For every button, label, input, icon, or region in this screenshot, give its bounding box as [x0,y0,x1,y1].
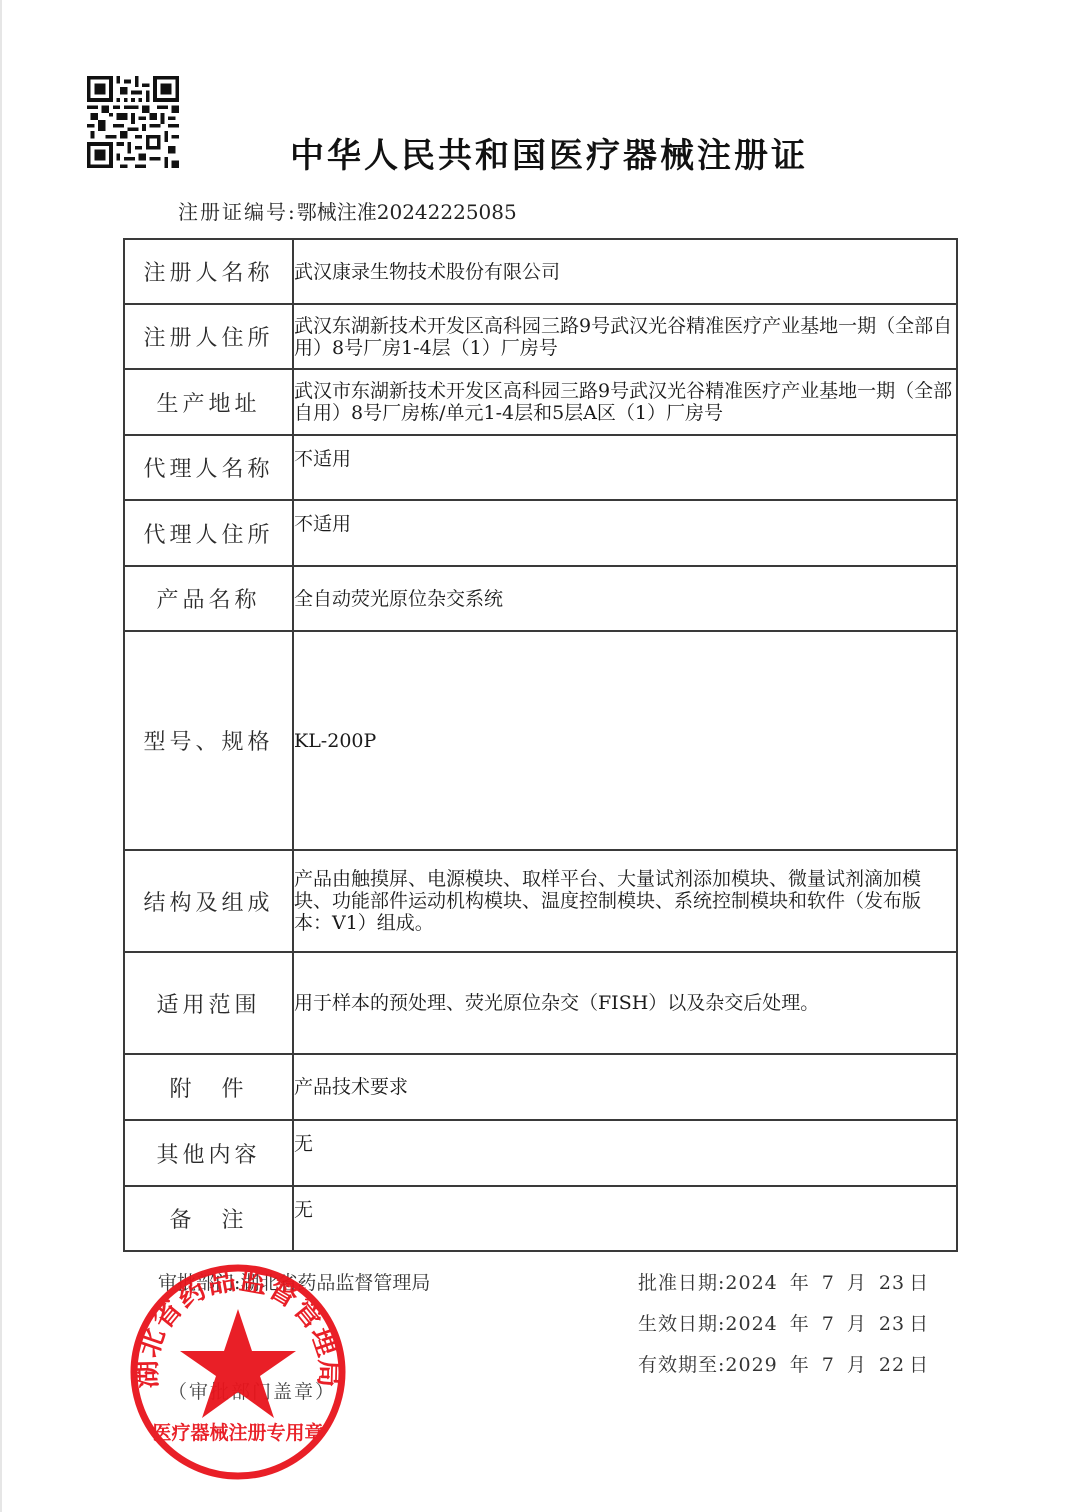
table-row: 其他内容 无 [124,1120,957,1186]
field-value: 武汉市东湖新技术开发区高科园三路9号武汉光谷精准医疗产业基地一期（全部自用）8号… [293,369,957,435]
field-value: 全自动荧光原位杂交系统 [293,566,957,631]
star-icon [180,1309,296,1418]
table-row: 结构及组成 产品由触摸屏、电源模块、取样平台、大量试剂添加模块、微量试剂滴加模块… [124,850,957,952]
field-value: 不适用 [293,435,957,500]
field-value: 不适用 [293,500,957,566]
table-row: 注册人住所 武汉东湖新技术开发区高科园三路9号武汉光谷精准医疗产业基地一期（全部… [124,304,957,369]
registration-number-value: 鄂械注准20242225085 [297,200,517,224]
table-row: 产品名称 全自动荧光原位杂交系统 [124,566,957,631]
registration-number: 注册证编号:鄂械注准20242225085 [178,196,517,225]
table-row: 型号、规格 KL-200P [124,631,957,850]
field-label: 附 件 [124,1054,293,1120]
field-value: 无 [293,1186,957,1251]
table-row: 生产地址 武汉市东湖新技术开发区高科园三路9号武汉光谷精准医疗产业基地一期（全部… [124,369,957,435]
table-row: 代理人住所 不适用 [124,500,957,566]
field-label: 型号、规格 [124,631,293,850]
field-label: 其他内容 [124,1120,293,1186]
page-edge [0,0,2,1512]
field-label: 代理人名称 [124,435,293,500]
qr-code-icon [87,76,179,168]
certificate-table: 注册人名称 武汉康录生物技术股份有限公司 注册人住所 武汉东湖新技术开发区高科园… [123,238,958,1252]
table-row: 代理人名称 不适用 [124,435,957,500]
field-value: 产品技术要求 [293,1054,957,1120]
official-seal-icon: 湖北省药品监督管理局 医疗器械注册专用章 [128,1261,348,1483]
field-label: 注册人名称 [124,239,293,304]
seal-bottom-text: 医疗器械注册专用章 [152,1421,323,1444]
table-row: 注册人名称 武汉康录生物技术股份有限公司 [124,239,957,304]
field-label: 适用范围 [124,952,293,1054]
document-title: 中华人民共和国医疗器械注册证 [290,128,800,177]
field-label: 产品名称 [124,566,293,631]
field-label: 注册人住所 [124,304,293,369]
field-value: KL-200P [293,631,957,850]
field-value: 武汉康录生物技术股份有限公司 [293,239,957,304]
table-row: 附 件 产品技术要求 [124,1054,957,1120]
table-row: 适用范围 用于样本的预处理、荧光原位杂交（FISH）以及杂交后处理。 [124,952,957,1054]
approval-date: 批准日期:2024年7月23日 [638,1268,929,1309]
field-value: 产品由触摸屏、电源模块、取样平台、大量试剂添加模块、微量试剂滴加模块、功能部件运… [293,850,957,952]
field-value: 用于样本的预处理、荧光原位杂交（FISH）以及杂交后处理。 [293,952,957,1054]
field-label: 生产地址 [124,369,293,435]
field-label: 代理人住所 [124,500,293,566]
registration-number-label: 注册证编号: [178,200,297,224]
table-row: 备 注 无 [124,1186,957,1251]
expiry-date: 有效期至:2029年7月22日 [638,1350,929,1391]
field-value: 武汉东湖新技术开发区高科园三路9号武汉光谷精准医疗产业基地一期（全部自用）8号厂… [293,304,957,369]
field-label: 结构及组成 [124,850,293,952]
field-value: 无 [293,1120,957,1186]
field-label: 备 注 [124,1186,293,1251]
effective-date: 生效日期:2024年7月23日 [638,1309,929,1350]
dates-block: 批准日期:2024年7月23日 生效日期:2024年7月23日 有效期至:202… [638,1268,929,1391]
